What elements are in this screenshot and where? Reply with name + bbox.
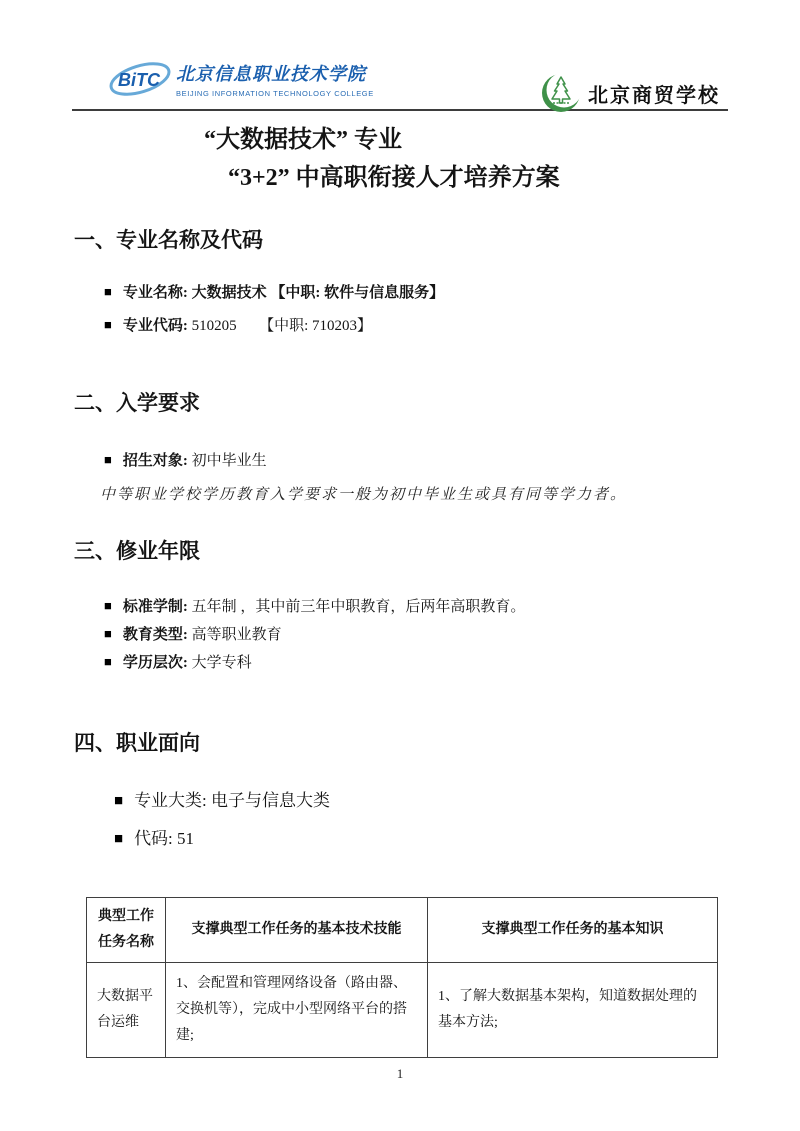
bullet-education-type: ■教育类型: 高等职业教育 — [104, 624, 800, 646]
page-number: 1 — [0, 1066, 800, 1082]
bullet-square-icon: ■ — [104, 626, 112, 641]
bullet-value: 510205 【中职: 710203】 — [192, 318, 372, 334]
typical-work-task-table: 典型工作任务名称 支撑典型工作任务的基本技术技能 支撑典型工作任务的基本知识 大… — [86, 897, 718, 1058]
doc-title-line1: “大数据技术” 专业 — [0, 124, 800, 156]
bullet-label: 教育类型: — [123, 627, 192, 643]
bullet-label: 学历层次: — [123, 655, 192, 671]
bullet-value: 51 — [177, 829, 194, 848]
section-3-bullets: ■标准学制: 五年制 ，其中前三年中职教育，后两年高职教育。 ■教育类型: 高等… — [104, 596, 800, 674]
bullet-square-icon: ■ — [104, 452, 112, 467]
bullet-square-icon: ■ — [104, 317, 112, 332]
entry-requirement-note: 中等职业学校学历教育入学要求一般为初中毕业生或具有同等学力者。 — [100, 483, 800, 504]
page-header: BiTC 北京信息职业技术学院 BEIJING INFORMATION TECH… — [0, 0, 800, 102]
table-row: 大数据平台运维 1、会配置和管理网络设备（路由器、交换机等），完成中小型网络平台… — [87, 963, 718, 1058]
bitc-swoosh-icon: BiTC — [108, 56, 174, 102]
bullet-degree-level: ■学历层次: 大学专科 — [104, 652, 800, 674]
bullet-value: 初中毕业生 — [192, 453, 267, 469]
bitc-logo: BiTC 北京信息职业技术学院 BEIJING INFORMATION TECH… — [108, 56, 374, 102]
bullet-value: 大数据技术 【中职: 软件与信息服务】 — [192, 285, 445, 301]
bullet-square-icon: ■ — [114, 831, 123, 847]
cell-tech-skills: 1、会配置和管理网络设备（路由器、交换机等），完成中小型网络平台的搭建; — [166, 963, 428, 1058]
bullet-label: 专业名称: — [123, 285, 192, 301]
bullet-label: 专业大类: — [134, 791, 211, 810]
section-entry-requirements: 二、入学要求 ■招生对象: 初中毕业生 中等职业学校学历教育入学要求一般为初中毕… — [0, 389, 800, 504]
section-2-heading: 二、入学要求 — [74, 389, 800, 417]
section-1-heading: 一、专业名称及代码 — [74, 226, 800, 254]
section-2-bullets: ■招生对象: 初中毕业生 — [104, 450, 800, 472]
bullet-square-icon: ■ — [104, 654, 112, 669]
bullet-label: 代码: — [134, 829, 177, 848]
bullet-square-icon: ■ — [104, 284, 112, 299]
cell-task-name: 大数据平台运维 — [87, 963, 166, 1058]
bullet-value: 五年制 ，其中前三年中职教育，后两年高职教育。 — [192, 599, 526, 615]
bullet-major-name: ■专业名称: 大数据技术 【中职: 软件与信息服务】 — [104, 282, 800, 304]
bitc-name-cn: 北京信息职业技术学院 — [176, 60, 374, 86]
bjsm-logo: 北京商贸学校 — [540, 72, 720, 114]
bullet-value: 高等职业教育 — [192, 627, 282, 643]
document-page: BiTC 北京信息职业技术学院 BEIJING INFORMATION TECH… — [0, 0, 800, 1131]
bullet-label: 招生对象: — [123, 453, 192, 469]
bullet-category-code: ■代码: 51 — [114, 827, 800, 852]
bullet-value: 电子与信息大类 — [211, 791, 330, 810]
bullet-label: 标准学制: — [123, 599, 192, 615]
table-header-row: 典型工作任务名称 支撑典型工作任务的基本技术技能 支撑典型工作任务的基本知识 — [87, 898, 718, 963]
section-4-heading: 四、职业面向 — [74, 729, 800, 757]
bullet-enrollment-target: ■招生对象: 初中毕业生 — [104, 450, 800, 472]
section-3-heading: 三、修业年限 — [74, 537, 800, 565]
bullet-major-category: ■专业大类: 电子与信息大类 — [114, 789, 800, 814]
bullet-major-code: ■专业代码: 510205 【中职: 710203】 — [104, 315, 800, 337]
section-1-bullets: ■专业名称: 大数据技术 【中职: 软件与信息服务】 ■专业代码: 510205… — [104, 282, 800, 337]
col-header-tech-skills: 支撑典型工作任务的基本技术技能 — [166, 898, 428, 963]
section-study-duration: 三、修业年限 ■标准学制: 五年制 ，其中前三年中职教育，后两年高职教育。 ■教… — [0, 537, 800, 674]
section-career-orientation: 四、职业面向 ■专业大类: 电子与信息大类 ■代码: 51 — [0, 729, 800, 852]
cell-basic-knowledge: 1、了解大数据基本架构，知道数据处理的基本方法; — [428, 963, 718, 1058]
bjsm-name-cn: 北京商贸学校 — [588, 79, 720, 108]
bitc-abbr-text: BiTC — [118, 70, 161, 90]
doc-title: “大数据技术” 专业 “3+2” 中高职衔接人才培养方案 — [0, 124, 800, 194]
col-header-task-name: 典型工作任务名称 — [87, 898, 166, 963]
bullet-label: 专业代码: — [123, 318, 192, 334]
pine-tree-emblem-icon — [540, 72, 582, 114]
col-header-basic-knowledge: 支撑典型工作任务的基本知识 — [428, 898, 718, 963]
section-4-bullets: ■专业大类: 电子与信息大类 ■代码: 51 — [114, 789, 800, 852]
bullet-square-icon: ■ — [104, 598, 112, 613]
bitc-name-en: BEIJING INFORMATION TECHNOLOGY COLLEGE — [176, 89, 374, 98]
bitc-logo-text: 北京信息职业技术学院 BEIJING INFORMATION TECHNOLOG… — [176, 60, 374, 98]
bullet-square-icon: ■ — [114, 793, 123, 809]
bullet-standard-schooling: ■标准学制: 五年制 ，其中前三年中职教育，后两年高职教育。 — [104, 596, 800, 618]
doc-title-line2: “3+2” 中高职衔接人才培养方案 — [0, 162, 800, 194]
section-major-name-code: 一、专业名称及代码 ■专业名称: 大数据技术 【中职: 软件与信息服务】 ■专业… — [0, 226, 800, 337]
bullet-value: 大学专科 — [192, 655, 252, 671]
